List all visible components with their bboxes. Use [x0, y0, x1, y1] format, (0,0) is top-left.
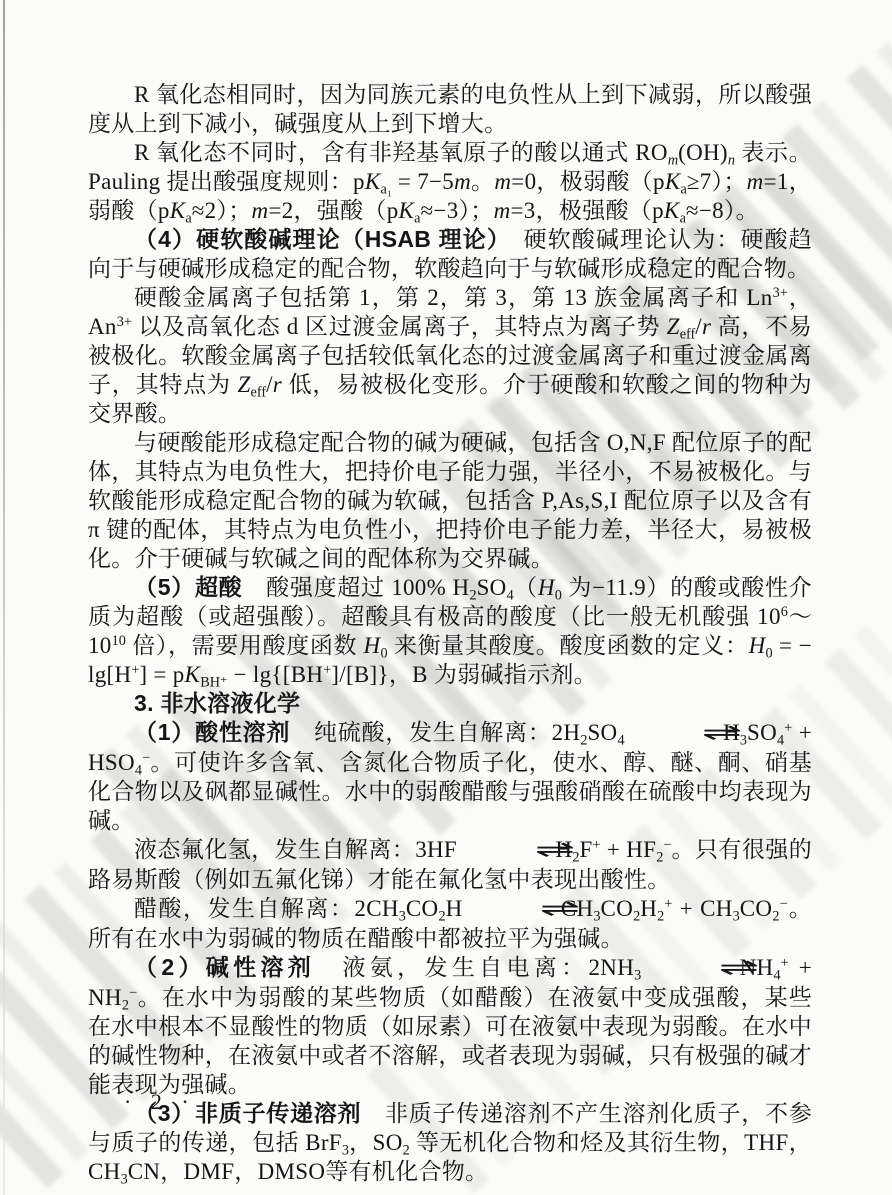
section-heading: 3. 非水溶液化学	[88, 689, 812, 718]
paragraph: （1）酸性溶剂 纯硫酸，发生自解离：2H2SO4⇌H3SO4+ + HSO4−。…	[88, 718, 812, 835]
paragraph: 醋酸，发生自解离：2CH3CO2H⇌CH3CO2H2+ + CH3CO2−。所有…	[88, 894, 812, 953]
page-number: · 2 ·	[124, 1089, 196, 1115]
paragraph: R 氧化态不同时，含有非羟基氧原子的酸以通式 ROm(OH)n 表示。Pauli…	[88, 138, 812, 225]
paragraph: （5）超酸 酸强度超过 100% H2SO4（H0 为−11.9）的酸或酸性介质…	[88, 573, 812, 689]
scanned-book-page: R 氧化态相同时，因为同族元素的电负性从上到下减弱，所以酸强度从上到下减小，碱强…	[0, 0, 892, 1195]
paragraph: （4）硬软酸碱理论（HSAB 理论） 硬软酸碱理论认为：硬酸趋向于与硬碱形成稳定…	[88, 225, 812, 283]
text-block: R 氧化态相同时，因为同族元素的电负性从上到下减弱，所以酸强度从上到下减小，碱强…	[88, 80, 812, 1186]
paragraph: （2）碱性溶剂 液氨，发生自电离：2NH3⇌NH4+ + NH2−。在水中为弱酸…	[88, 953, 812, 1099]
paragraph: 与硬酸能形成稳定配合物的碱为硬碱，包括含 O,N,F 配位原子的配体，其特点为电…	[88, 428, 812, 573]
paragraph: 硬酸金属离子包括第 1，第 2，第 3，第 13 族金属离子和 Ln3+，An3…	[88, 283, 812, 428]
paragraph: R 氧化态相同时，因为同族元素的电负性从上到下减弱，所以酸强度从上到下减小，碱强…	[88, 80, 812, 138]
paragraph: （3）非质子传递溶剂 非质子传递溶剂不产生溶剂化质子，不参与质子的传递，包括 B…	[88, 1099, 812, 1186]
paragraph: 液态氟化氢，发生自解离：3HF⇌H2F+ + HF2−。只有很强的路易斯酸（例如…	[88, 835, 812, 894]
page-edge-shadow	[3, 0, 5, 1195]
